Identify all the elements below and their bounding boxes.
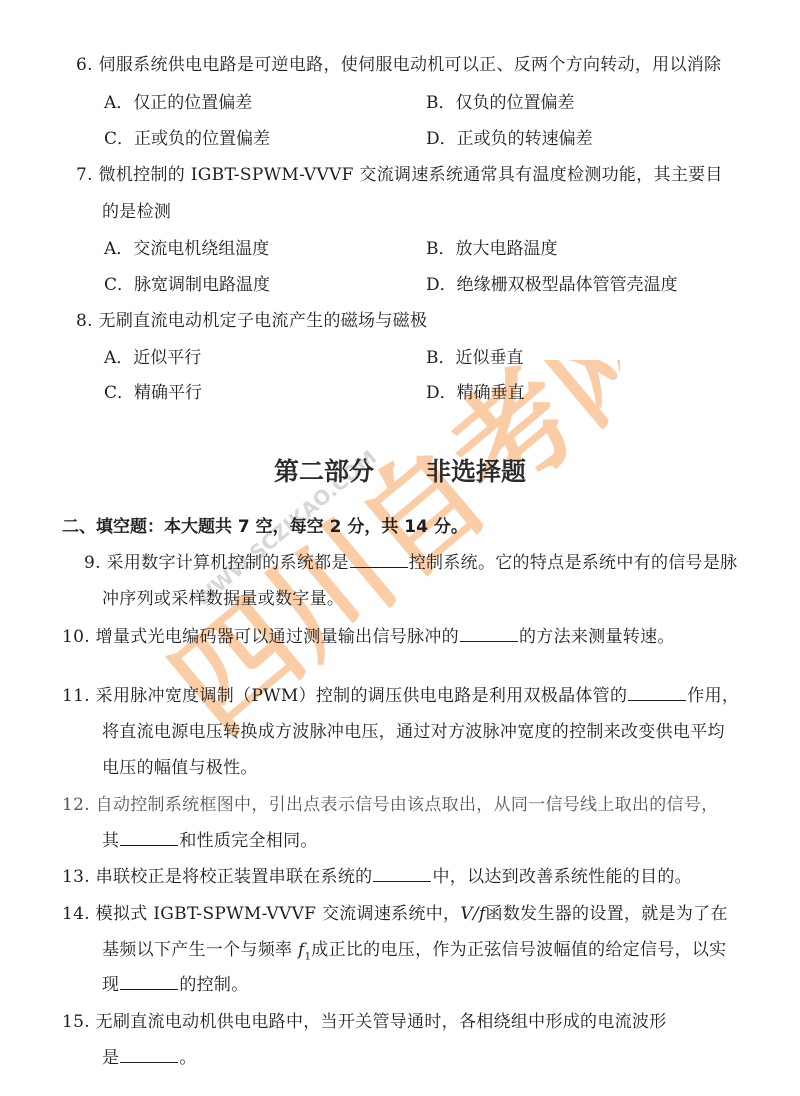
q8-option-a: A．近似平行: [104, 343, 201, 368]
q8-option-b: B．近似垂直: [426, 343, 524, 368]
q7-option-a: A．交流电机绕组温度: [104, 234, 269, 259]
answer-blank[interactable]: [460, 625, 518, 642]
question-12: 12. 自动控制系统框图中，引出点表示信号由该点取出，从同一信号线上取出的信号，: [62, 790, 718, 815]
q7-option-b: B．放大电路温度: [426, 234, 558, 259]
question-7-stem: 7. 微机控制的 IGBT-SPWM-VVVF 交流调速系统通常具有温度检测功能…: [76, 160, 723, 185]
q7-option-d: D．绝缘栅双极型晶体管管壳温度: [426, 270, 678, 295]
answer-blank[interactable]: [373, 865, 431, 882]
part-title: 第二部分非选择题: [0, 452, 800, 488]
answer-blank[interactable]: [628, 684, 686, 701]
question-13: 13. 串联校正是将校正装置串联在系统的中，以达到改善系统性能的目的。: [62, 862, 692, 887]
q8-option-c: C．精确平行: [104, 378, 202, 403]
question-11-cont-2: 电压的幅值与极性。: [102, 753, 258, 778]
question-9: 9. 采用数字计算机控制的系统都是控制系统。它的特点是系统中有的信号是脉: [84, 548, 737, 573]
question-7-stem-cont: 的是检测: [102, 197, 171, 222]
question-6-stem: 6. 伺服系统供电电路是可逆电路，使伺服电动机可以正、反两个方向转动，用以消除: [76, 50, 721, 75]
answer-blank[interactable]: [120, 1046, 178, 1063]
q6-option-d: D．正或负的转速偏差: [426, 124, 593, 149]
question-15-cont: 是。: [102, 1043, 197, 1068]
q6-option-b: B．仅负的位置偏差: [426, 88, 575, 113]
answer-blank[interactable]: [350, 551, 408, 568]
question-9-cont: 冲序列或采样数据量或数字量。: [102, 584, 344, 609]
question-11-cont-1: 将直流电源电压转换成方波脉冲电压，通过对方波脉冲宽度的控制来改变供电平均: [102, 717, 725, 742]
answer-blank[interactable]: [120, 973, 178, 990]
answer-blank[interactable]: [120, 829, 178, 846]
question-14: 14. 模拟式 IGBT-SPWM-VVVF 交流调速系统中，V/f函数发生器的…: [62, 899, 728, 924]
section-heading: 二、填空题：本大题共 7 空，每空 2 分，共 14 分。: [62, 512, 468, 537]
question-12-cont: 其和性质完全相同。: [102, 826, 318, 851]
question-8-stem: 8. 无刷直流电动机定子电流产生的磁场与磁极: [76, 306, 427, 331]
q6-option-c: C．正或负的位置偏差: [104, 124, 270, 149]
question-11: 11. 采用脉冲宽度调制（PWM）控制的调压供电电路是利用双极晶体管的作用，: [62, 681, 739, 706]
question-15: 15. 无刷直流电动机供电电路中，当开关管导通时，各相绕组中形成的电流波形: [62, 1007, 667, 1032]
q6-option-a: A．仅正的位置偏差: [104, 88, 252, 113]
question-14-cont-1: 基频以下产生一个与频率 f1成正比的电压，作为正弦信号波幅值的给定信号，以实: [102, 935, 726, 962]
q8-option-d: D．精确垂直: [426, 378, 525, 403]
question-10: 10. 增量式光电编码器可以通过测量输出信号脉冲的的方法来测量转速。: [62, 622, 675, 647]
q7-option-c: C．脉宽调制电路温度: [104, 270, 270, 295]
question-14-cont-2: 现的控制。: [102, 970, 249, 995]
